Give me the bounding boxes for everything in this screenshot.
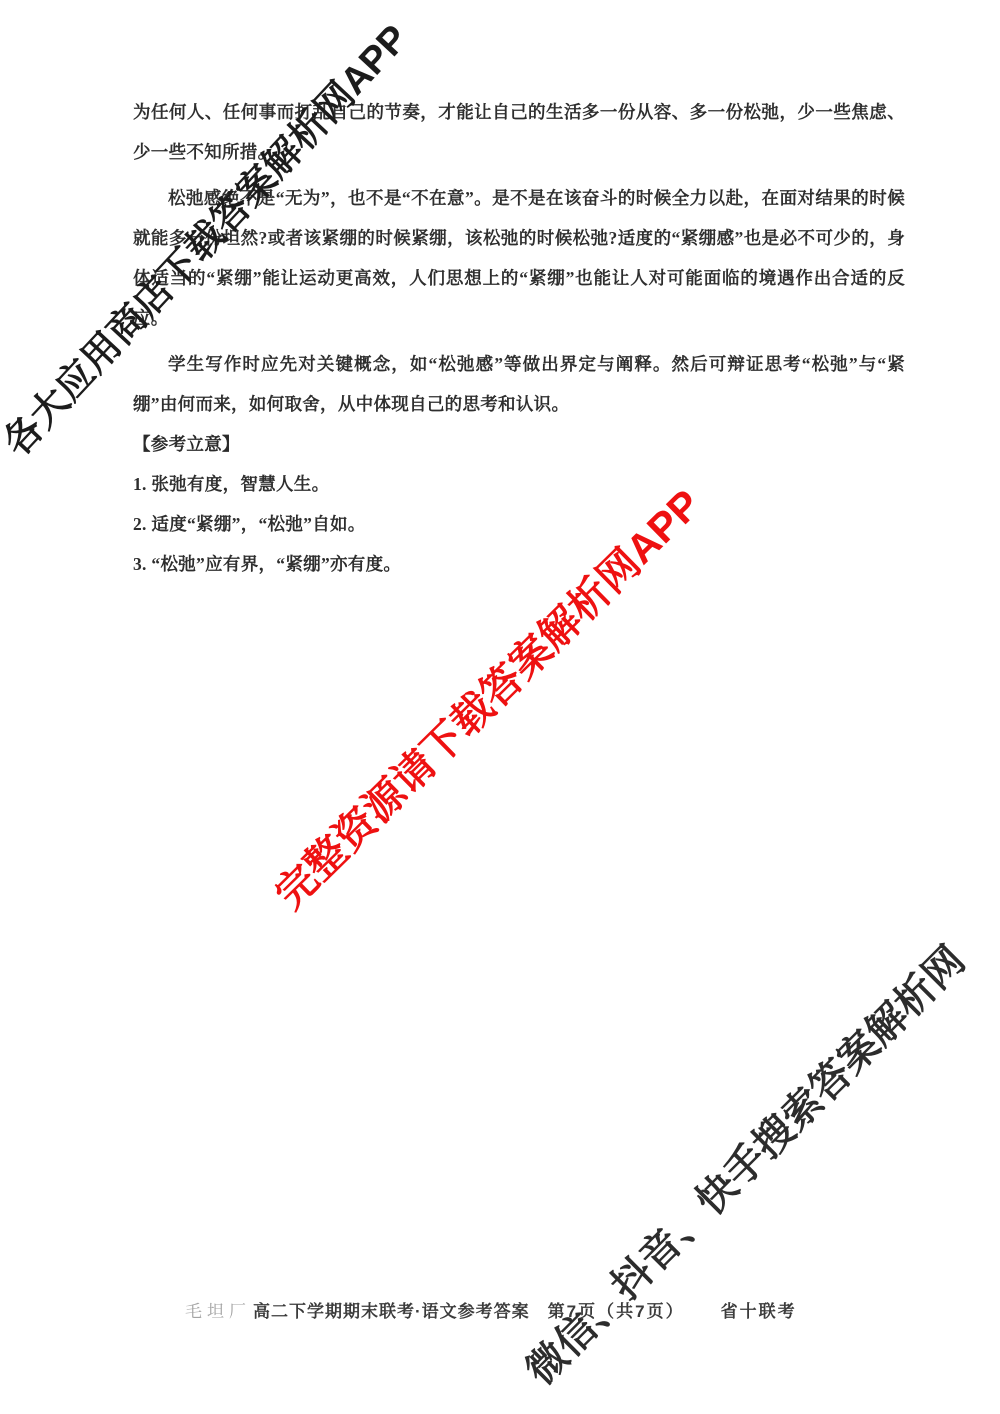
footer-exam-title: 高二下学期期末联考·语文参考答案 <box>253 1302 530 1321</box>
reference-idea-item-3: 3. “松弛”应有界，“紧绷”亦有度。 <box>133 544 905 584</box>
reference-ideas-header: 【参考立意】 <box>133 424 905 464</box>
reference-idea-item-2: 2. 适度“紧绷”，“松弛”自如。 <box>133 504 905 544</box>
reference-idea-item-1: 1. 张弛有度，智慧人生。 <box>133 464 905 504</box>
footer-page-number: 第7页（共7页） <box>548 1302 685 1321</box>
footer-school-stamp: 毛坦厂 <box>185 1302 251 1321</box>
page-footer: 毛坦厂高二下学期期末联考·语文参考答案第7页（共7页）省十联考 <box>185 1297 797 1322</box>
body-paragraph-3: 学生写作时应先对关键概念，如“松弛感”等做出界定与阐释。然后可辩证思考“松弛”与… <box>133 344 905 424</box>
scanned-answer-page: 为任何人、任何事而打乱自己的节奏，才能让自己的生活多一份从容、多一份松弛，少一些… <box>0 0 1000 1414</box>
body-paragraph-1: 为任何人、任何事而打乱自己的节奏，才能让自己的生活多一份从容、多一份松弛，少一些… <box>133 92 905 172</box>
answer-body: 为任何人、任何事而打乱自己的节奏，才能让自己的生活多一份从容、多一份松弛，少一些… <box>133 92 905 584</box>
footer-league-name: 省十联考 <box>721 1302 797 1321</box>
body-paragraph-2: 松弛感绝不是“无为”，也不是“不在意”。是不是在该奋斗的时候全力以赴，在面对结果… <box>133 178 905 338</box>
watermark-social-search-diagonal: 微信、抖音、快手搜索答案解析网 <box>520 939 973 1392</box>
